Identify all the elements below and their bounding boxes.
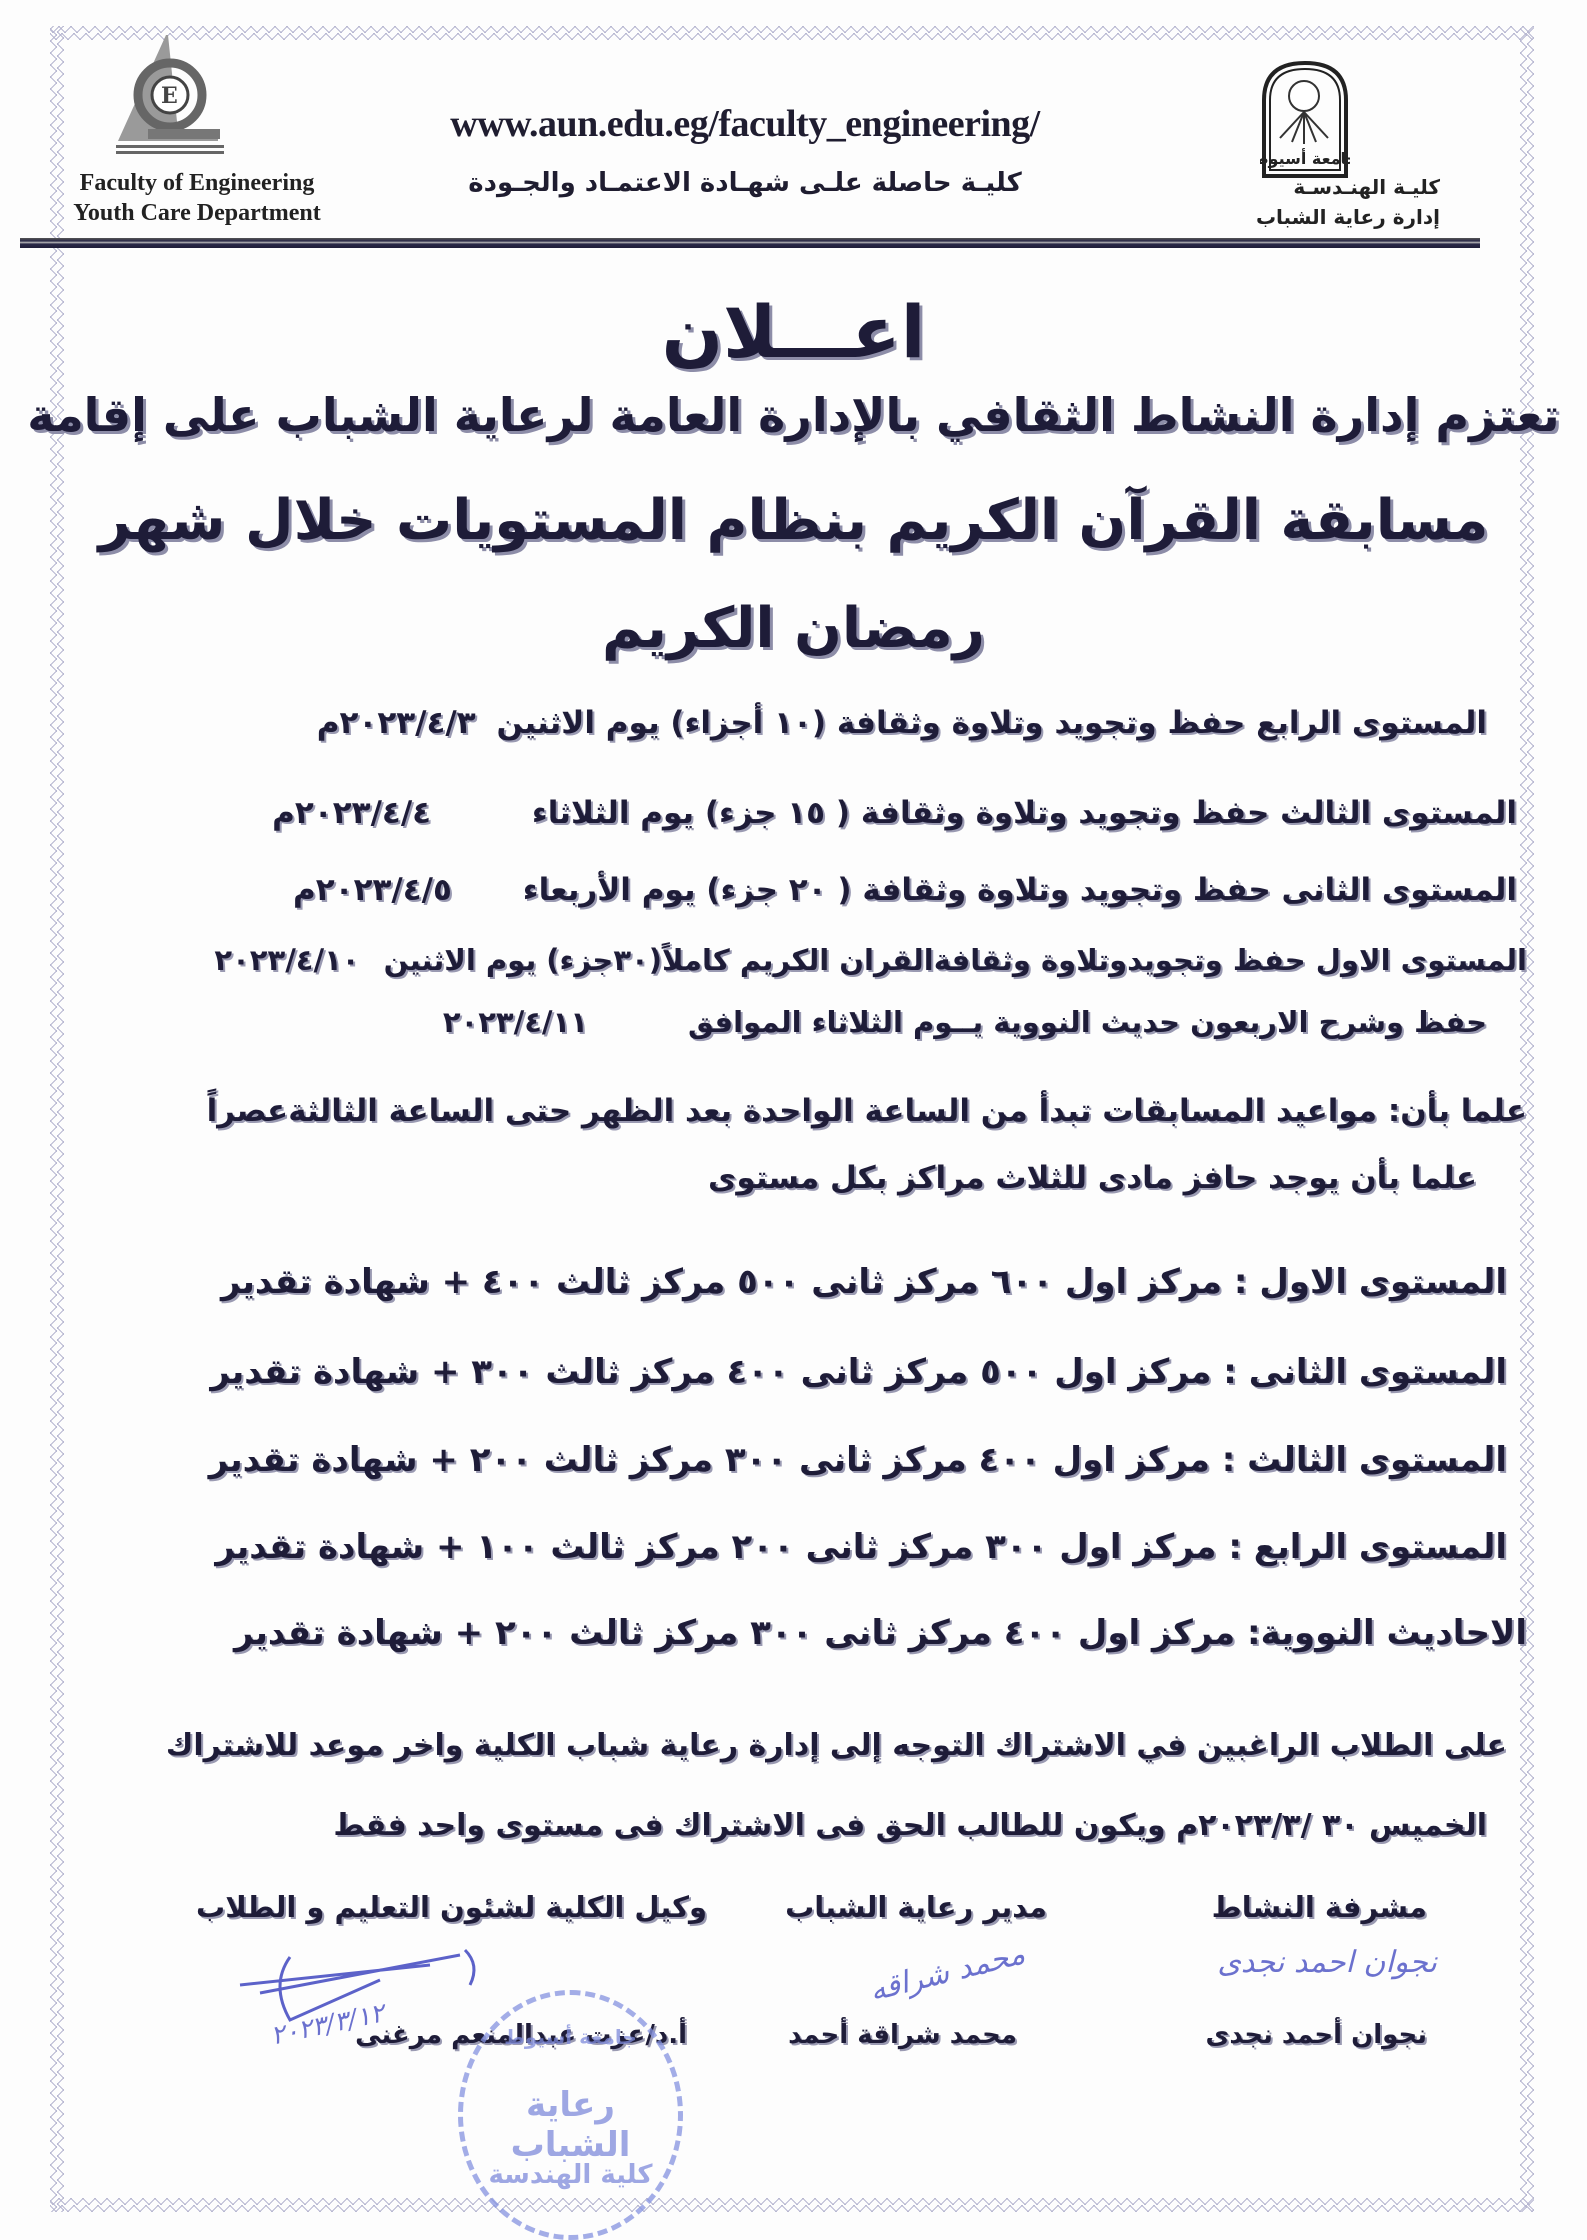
prize-row: المستوى الرابع : مركز اول ٣٠٠ مركز ثانى … <box>215 1527 1507 1567</box>
schedule-row: حفظ وشرح الاربعون حديث النووية يــوم الث… <box>443 1005 1487 1039</box>
prize-text: مركز اول ٥٠٠ مركز ثانى ٤٠٠ مركز ثالث ٣٠٠… <box>210 1352 1211 1392</box>
stamp-department: رعاية الشباب <box>463 2085 678 2165</box>
schedule-row: المستوى الثانى حفظ وتجويد وتلاوة وثقافة … <box>293 872 1517 908</box>
timing-note: علما بأن: مواعيد المسابقات تبدأ من الساع… <box>207 1093 1527 1129</box>
schedule-text: المستوى الثالث حفظ وتجويد وتلاوة وثقافة … <box>532 795 1517 831</box>
stamp-university: جامعة أسيوط <box>463 2025 678 2049</box>
faculty-url: www.aun.edu.eg/faculty_engineering/ <box>330 102 1160 146</box>
faculty-line: Faculty of Engineering <box>52 168 342 198</box>
schedule-row: المستوى الثالث حفظ وتجويد وتلاوة وثقافة … <box>272 795 1517 831</box>
competition-title: مسابقة القرآن الكريم بنظام المستويات خلا… <box>0 488 1587 553</box>
logo-caption: جامعة أسيوط <box>1260 148 1350 168</box>
schedule-text: المستوى الرابع حفظ وتجويد وتلاوة وثقافة … <box>496 705 1487 741</box>
announcement-title: اعـــلان <box>0 290 1587 374</box>
schedule-row: المستوى الرابع حفظ وتجويد وتلاوة وثقافة … <box>317 705 1487 741</box>
schedule-date: ٢٠٢٣/٤/٣م <box>317 705 476 741</box>
schedule-date: ٢٠٢٣/٤/١٠ <box>214 943 359 977</box>
signature-title-vice-dean: وكيل الكلية لشئون التعليم و الطلاب <box>196 1890 707 1924</box>
prize-row: الاحاديث النووية: مركز اول ٤٠٠ مركز ثانى… <box>234 1613 1527 1653</box>
schedule-text: المستوى الاول حفظ وتجويدوتلاوة وثقافةالق… <box>384 943 1527 977</box>
signatory-name-1: نجوان أحمد نجدى <box>1206 2020 1427 2050</box>
prize-text: مركز اول ٤٠٠ مركز ثانى ٣٠٠ مركز ثالث ٢٠٠… <box>209 1440 1210 1480</box>
schedule-text: حفظ وشرح الاربعون حديث النووية يــوم الث… <box>688 1005 1487 1039</box>
ramadan-title: رمضان الكريم <box>0 596 1587 661</box>
prize-level: الاحاديث النووية <box>1261 1613 1527 1653</box>
prize-level: المستوى الرابع <box>1254 1527 1507 1567</box>
faculty-name-en: Faculty of Engineering Youth Care Depart… <box>52 168 342 228</box>
department-line: Youth Care Department <box>52 198 342 228</box>
incentive-note: علما بأن يوجد حافز مادى للثلاث مراكز بكل… <box>708 1160 1477 1196</box>
department-line-ar: إدارة رعاية الشباب <box>1220 202 1440 232</box>
faculty-of-engineering-logo-icon: E <box>108 33 228 161</box>
prize-level: المستوى الاول <box>1259 1262 1507 1302</box>
schedule-date: ٢٠٢٣/٤/١١ <box>443 1005 588 1039</box>
svg-text:E: E <box>161 83 178 109</box>
prize-row: المستوى الاول : مركز اول ٦٠٠ مركز ثانى ٥… <box>221 1262 1507 1302</box>
header-divider <box>20 238 1480 248</box>
assiut-university-logo-icon: جامعة أسيوط <box>1260 60 1350 178</box>
prize-text: مركز اول ٣٠٠ مركز ثانى ٢٠٠ مركز ثالث ١٠٠… <box>215 1527 1216 1567</box>
signatory-name-2: محمد شراقة أحمد <box>788 2020 1017 2050</box>
signature-title-youth-care-director: مدير رعاية الشباب <box>785 1890 1047 1924</box>
border-top <box>50 26 1534 40</box>
official-stamp: جامعة أسيوط رعاية الشباب كلية الهندسة <box>458 1990 683 2240</box>
prize-level: المستوى الثالث <box>1247 1440 1507 1480</box>
stamp-faculty: كلية الهندسة <box>463 2160 678 2190</box>
prize-text: مركز اول ٦٠٠ مركز ثانى ٥٠٠ مركز ثالث ٤٠٠… <box>221 1262 1222 1302</box>
schedule-date: ٢٠٢٣/٤/٥م <box>293 872 452 908</box>
faculty-line-ar: كليـة الهنـدسـة <box>1220 172 1440 202</box>
schedule-date: ٢٠٢٣/٤/٤م <box>272 795 431 831</box>
prize-level: المستوى الثانى <box>1249 1352 1507 1392</box>
accreditation-line: كليـة حاصلة علـى شهـادة الاعتمـاد والجـو… <box>420 168 1070 198</box>
signature-title-activity-supervisor: مشرفة النشاط <box>1212 1890 1427 1924</box>
deadline-line: الخميس ٣٠ /٢٠٢٣/٣م ويكون للطالب الحق فى … <box>333 1808 1487 1843</box>
prize-row: المستوى الثالث : مركز اول ٤٠٠ مركز ثانى … <box>209 1440 1507 1480</box>
prize-row: المستوى الثانى : مركز اول ٥٠٠ مركز ثانى … <box>210 1352 1507 1392</box>
schedule-text: المستوى الثانى حفظ وتجويد وتلاوة وثقافة … <box>523 872 1517 908</box>
intro-line: تعتزم إدارة النشاط الثقافي بالإدارة العا… <box>0 388 1587 442</box>
handwritten-signature-1: نجوان احمد نجدى <box>1217 1945 1437 1980</box>
prize-text: مركز اول ٤٠٠ مركز ثانى ٣٠٠ مركز ثالث ٢٠٠… <box>234 1613 1235 1653</box>
schedule-row: المستوى الاول حفظ وتجويدوتلاوة وثقافةالق… <box>214 943 1527 977</box>
faculty-name-ar: كليـة الهنـدسـة إدارة رعاية الشباب <box>1220 172 1440 232</box>
border-bottom <box>50 2198 1534 2212</box>
registration-line: على الطلاب الراغبين في الاشتراك التوجه إ… <box>166 1728 1507 1763</box>
